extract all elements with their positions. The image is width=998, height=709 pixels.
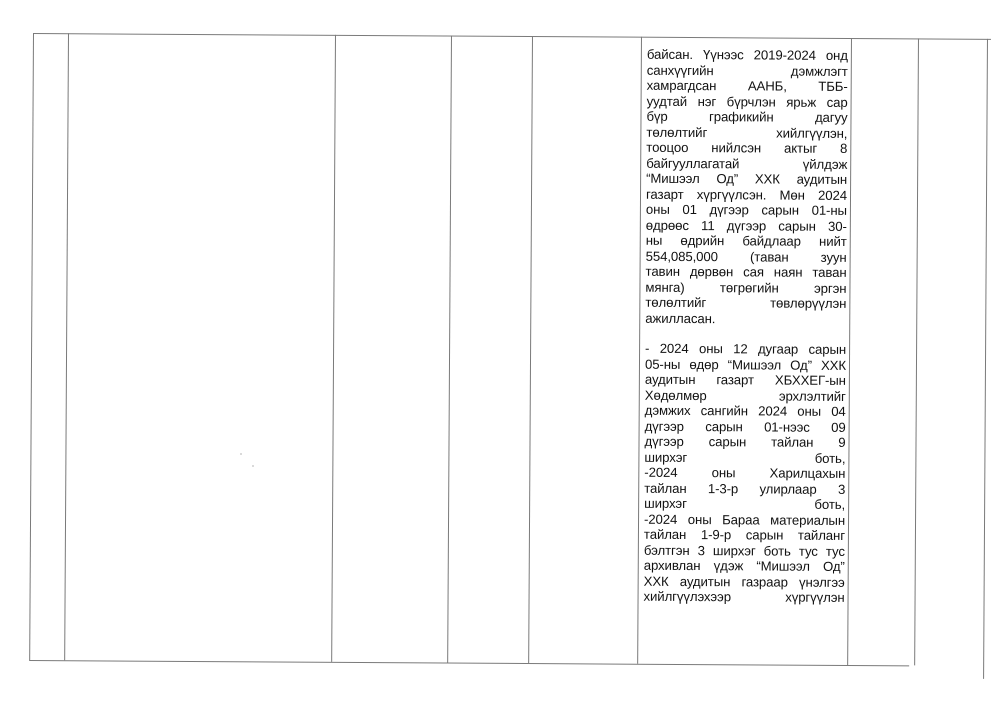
text-line: мянга) төгрөгийн эргэн [645,279,846,296]
text-line: бэлтгэн 3 ширхэг боть тус тус [644,542,845,559]
text-line: 05-ны өдөр “Мишээл Од” ХХК [645,356,846,373]
cell-col7 [848,38,918,665]
text-line: байгууллагатай үйлдэж [646,155,847,172]
report-table: байсан. Үүнээс 2019-2024 ондсанхүүгийн д… [29,33,991,666]
text-line: тайлан 1-3-р улирлаар 3 [644,480,845,497]
text-line: “Мишээл Од” ХХК аудитын [646,171,847,188]
text-line: 554,085,000 (таван зуун [646,248,847,265]
cell-col6-text: байсан. Үүнээс 2019-2024 ондсанхүүгийн д… [644,47,848,606]
text-line: -2024 оны Харилцахын [644,465,845,482]
text-line: дүгээр сарын 01-нээс 09 [645,418,846,435]
text-line: хамрагдсан ААНБ, ТББ- [647,78,848,95]
text-line: бүр графикийн дагуу [646,109,847,126]
text-line: -2024 оны Бараа материалын [644,511,845,528]
text-line: хийлгүүлэхээр хүргүүлэн [644,589,845,606]
cell-col2 [65,33,335,662]
text-line: байсан. Үүнээс 2019-2024 онд [647,47,848,64]
text-line: тооцоо нийлсэн актыг 8 [646,140,847,157]
text-line: төлөлтийг хийлгүүлэн, [646,124,847,141]
text-line: - 2024 оны 12 дугаар сарын [645,341,846,358]
paragraph-gap [645,326,846,342]
text-line: аудитын газарт ХБХХЕГ-ын [645,372,846,389]
text-line: тайлан 1-9-р сарын тайланг [644,527,845,544]
text-line: уудтай нэг бүрчлэн ярьж сар [647,93,848,110]
text-line: ны өдрийн байдлаар нийт [646,233,847,250]
text-line: ХХК аудитын газраар үнэлгээ [644,573,845,590]
text-line: дэмжих сангийн 2024 оны 04 [645,403,846,420]
text-line: ширхэг боть, [644,449,845,466]
text-line: санхүүгийн дэмжлэгт [647,62,848,79]
text-line: оны 01 дүгээр сарын 01-ны [646,202,847,219]
cell-col8 [915,38,987,665]
cell-col1 [30,33,68,660]
text-line: газарт хүргүүлсэн. Мөн 2024 [646,186,847,203]
paragraph-repayment-summary: байсан. Үүнээс 2019-2024 ондсанхүүгийн д… [645,47,848,327]
text-line: өдрөөс 11 дүгээр сарын 30- [646,217,847,234]
scanned-page: байсан. Үүнээс 2019-2024 ондсанхүүгийн д… [0,0,998,709]
paragraph-archive-reports: - 2024 оны 12 дугаар сарын05-ны өдөр “Ми… [644,341,847,606]
text-line: төлөлтийг төвлөрүүлэн [645,295,846,312]
scan-speck [252,465,254,467]
cell-col3 [332,35,451,663]
cell-col5 [529,36,641,664]
cell-col4 [448,36,532,663]
text-line: Хөдөлмөр эрхлэлтийг [645,387,846,404]
text-line: дүгээр сарын тайлан 9 [644,434,845,451]
text-line: архивлан үдэж “Мишээл Од” [644,558,845,575]
text-line: ажилласан. [645,310,846,327]
text-line: ширхэг боть, [644,496,845,513]
text-line: тавин дөрвөн сая наян таван [646,264,847,281]
scan-speck [240,453,242,455]
